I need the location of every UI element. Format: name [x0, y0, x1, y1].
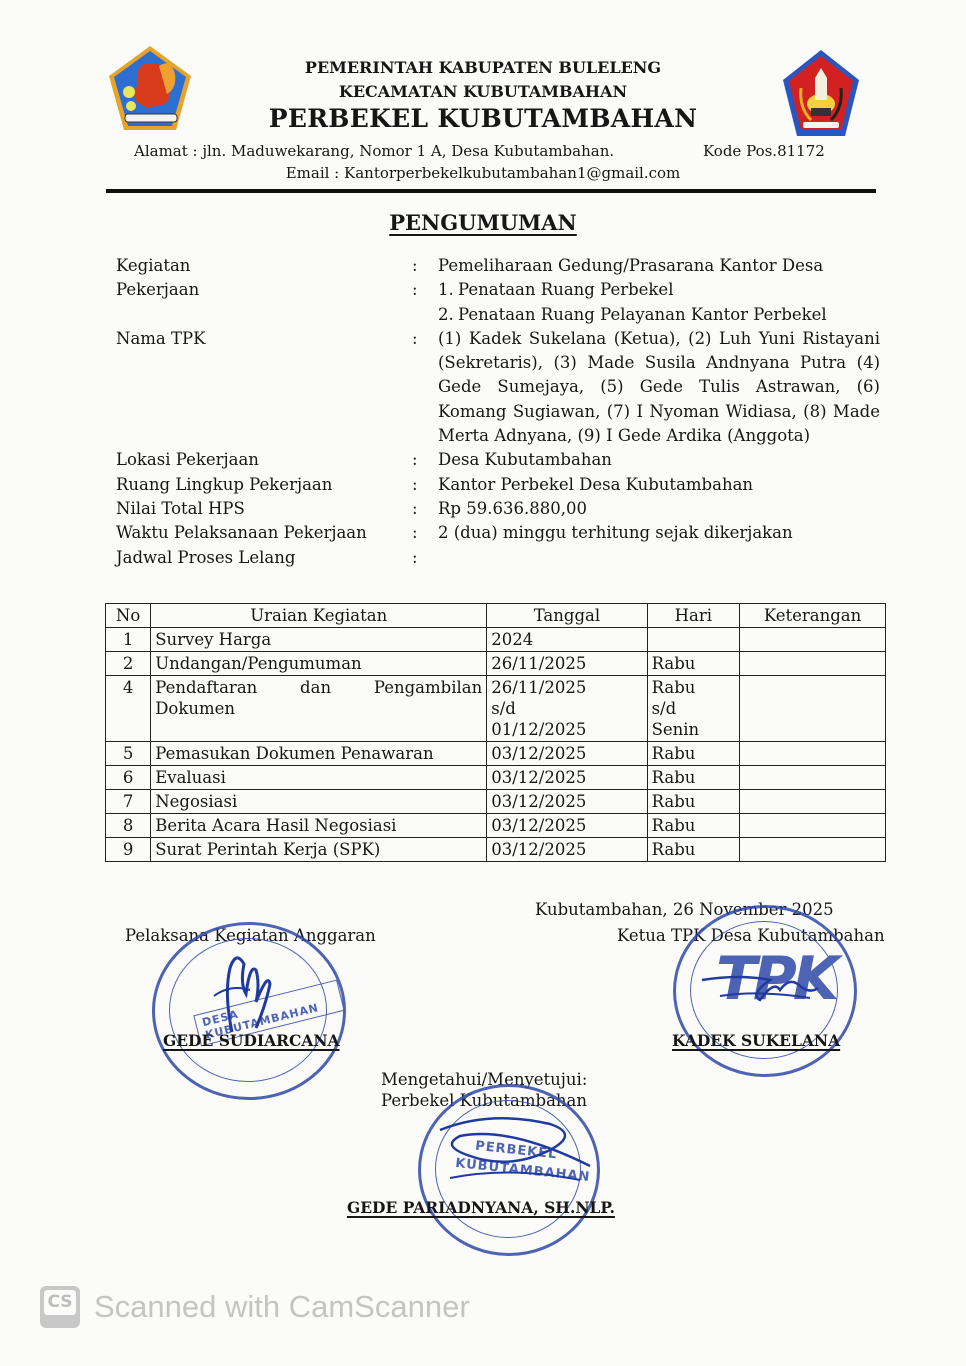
- info-row-ruang-lingkup: Ruang Lingkup Pekerjaan : Kantor Perbeke…: [116, 473, 880, 497]
- cell-uraian: Evaluasi: [151, 766, 487, 790]
- cell-uraian: PendaftarandanPengambilanDokumen: [151, 676, 487, 742]
- tanggal-line: 2024: [491, 629, 642, 650]
- tanggal-line: 01/12/2025: [491, 719, 642, 740]
- info-value: Pemeliharaan Gedung/Prasarana Kantor Des…: [438, 254, 880, 278]
- info-value: Desa Kubutambahan: [438, 448, 880, 472]
- letterhead-email: Email : Kantorperbekelkubutambahan1@gmai…: [0, 164, 966, 182]
- hari-line: Rabu: [652, 839, 735, 860]
- job-item: 1.Penataan Ruang Perbekel: [438, 278, 880, 302]
- info-row-waktu: Waktu Pelaksanaan Pekerjaan : 2 (dua) mi…: [116, 521, 880, 545]
- info-label: Jadwal Proses Lelang: [116, 546, 412, 570]
- cell-hari: Rabu: [647, 766, 739, 790]
- info-value: 1.Penataan Ruang Perbekel 2.Penataan Rua…: [438, 278, 880, 327]
- hari-line: [652, 629, 735, 650]
- job-item: 2.Penataan Ruang Pelayanan Kantor Perbek…: [438, 303, 880, 327]
- cell-tanggal: 2024: [487, 628, 647, 652]
- cell-tanggal: 03/12/2025: [487, 766, 647, 790]
- hari-line: Rabu: [652, 815, 735, 836]
- tanggal-line: 03/12/2025: [491, 815, 642, 836]
- tanggal-line: 03/12/2025: [491, 767, 642, 788]
- info-row-nama-tpk: Nama TPK : (1) Kadek Sukelana (Ketua), (…: [116, 327, 880, 448]
- cell-keterangan: [740, 814, 886, 838]
- cell-no: 7: [106, 790, 151, 814]
- info-label: Nilai Total HPS: [116, 497, 412, 521]
- letterhead-office: PERBEKEL KUBUTAMBAHAN: [0, 104, 966, 133]
- header-tanggal: Tanggal: [487, 604, 647, 628]
- cell-hari: Rabu: [647, 790, 739, 814]
- cell-uraian: Survey Harga: [151, 628, 487, 652]
- cell-tanggal: 03/12/2025: [487, 838, 647, 862]
- cell-hari: Rabus/dSenin: [647, 676, 739, 742]
- hari-line: Rabu: [652, 743, 735, 764]
- info-colon: :: [412, 278, 438, 327]
- table-row: 4PendaftarandanPengambilanDokumen26/11/2…: [106, 676, 886, 742]
- cell-keterangan: [740, 628, 886, 652]
- tanggal-line: 26/11/2025: [491, 653, 642, 674]
- letterhead-address: Alamat : jln. Maduwekarang, Nomor 1 A, D…: [134, 142, 614, 160]
- cell-uraian: Undangan/Pengumuman: [151, 652, 487, 676]
- hari-line: Rabu: [652, 677, 735, 698]
- cell-uraian: Surat Perintah Kerja (SPK): [151, 838, 487, 862]
- table-row: 6Evaluasi03/12/2025Rabu: [106, 766, 886, 790]
- letterhead-government: PEMERINTAH KABUPATEN BULELENG: [0, 58, 966, 77]
- header-no: No: [106, 604, 151, 628]
- cell-tanggal: 03/12/2025: [487, 814, 647, 838]
- cell-tanggal: 03/12/2025: [487, 790, 647, 814]
- job-item-number: 2.: [438, 303, 458, 327]
- header-uraian: Uraian Kegiatan: [151, 604, 487, 628]
- document-title-text: PENGUMUMAN: [389, 210, 577, 235]
- cell-no: 8: [106, 814, 151, 838]
- center-signature-icon: [430, 1110, 600, 1200]
- cell-hari: Rabu: [647, 742, 739, 766]
- table-row: 9Surat Perintah Kerja (SPK)03/12/2025Rab…: [106, 838, 886, 862]
- cell-uraian: Pemasukan Dokumen Penawaran: [151, 742, 487, 766]
- hari-line: s/d: [652, 698, 735, 719]
- info-colon: :: [412, 448, 438, 472]
- camscanner-text: Scanned with CamScanner: [94, 1289, 470, 1325]
- cell-keterangan: [740, 766, 886, 790]
- info-value: Kantor Perbekel Desa Kubutambahan: [438, 473, 880, 497]
- cell-tanggal: 03/12/2025: [487, 742, 647, 766]
- table-row: 2Undangan/Pengumuman26/11/2025Rabu: [106, 652, 886, 676]
- uraian-word: Pendaftaran: [155, 677, 257, 698]
- table-row: 7Negosiasi03/12/2025Rabu: [106, 790, 886, 814]
- info-label: Kegiatan: [116, 254, 412, 278]
- uraian-line: PendaftarandanPengambilan: [155, 677, 482, 698]
- document-title: PENGUMUMAN: [0, 210, 966, 235]
- hari-line: Senin: [652, 719, 735, 740]
- job-item-text: Penataan Ruang Perbekel: [458, 278, 673, 302]
- uraian-word: dan: [300, 677, 331, 698]
- info-value: [438, 546, 880, 570]
- schedule-table: No Uraian Kegiatan Tanggal Hari Keterang…: [105, 603, 886, 862]
- cell-keterangan: [740, 838, 886, 862]
- info-value: (1) Kadek Sukelana (Ketua), (2) Luh Yuni…: [438, 327, 880, 448]
- announcement-details: Kegiatan : Pemeliharaan Gedung/Prasarana…: [116, 254, 880, 570]
- info-row-lokasi: Lokasi Pekerjaan : Desa Kubutambahan: [116, 448, 880, 472]
- cell-keterangan: [740, 742, 886, 766]
- letterhead-divider: [106, 189, 876, 193]
- info-value: 2 (dua) minggu terhitung sejak dikerjaka…: [438, 521, 880, 545]
- cell-no: 1: [106, 628, 151, 652]
- info-label: Ruang Lingkup Pekerjaan: [116, 473, 412, 497]
- info-colon: :: [412, 327, 438, 448]
- job-item-text: Penataan Ruang Pelayanan Kantor Perbekel: [458, 303, 827, 327]
- right-signature-icon: [700, 960, 820, 1020]
- info-colon: :: [412, 473, 438, 497]
- table-row: 1Survey Harga2024: [106, 628, 886, 652]
- cell-uraian: Negosiasi: [151, 790, 487, 814]
- cell-no: 4: [106, 676, 151, 742]
- info-row-pekerjaan: Pekerjaan : 1.Penataan Ruang Perbekel 2.…: [116, 278, 880, 327]
- tanggal-line: 03/12/2025: [491, 791, 642, 812]
- info-colon: :: [412, 497, 438, 521]
- camscanner-watermark: CS Scanned with CamScanner: [40, 1286, 470, 1328]
- header-keterangan: Keterangan: [740, 604, 886, 628]
- cell-uraian: Berita Acara Hasil Negosiasi: [151, 814, 487, 838]
- letterhead-postal-code: Kode Pos.81172: [703, 142, 825, 160]
- cell-tanggal: 26/11/2025: [487, 652, 647, 676]
- cell-hari: Rabu: [647, 838, 739, 862]
- info-colon: :: [412, 546, 438, 570]
- hari-line: Rabu: [652, 767, 735, 788]
- hari-line: Rabu: [652, 791, 735, 812]
- cell-tanggal: 26/11/2025s/d01/12/2025: [487, 676, 647, 742]
- hari-line: Rabu: [652, 653, 735, 674]
- right-signatory-name: KADEK SUKELANA: [672, 1031, 840, 1050]
- cell-keterangan: [740, 790, 886, 814]
- job-item-number: 1.: [438, 278, 458, 302]
- info-label: Lokasi Pekerjaan: [116, 448, 412, 472]
- info-label: Pekerjaan: [116, 278, 412, 327]
- info-row-kegiatan: Kegiatan : Pemeliharaan Gedung/Prasarana…: [116, 254, 880, 278]
- cell-no: 2: [106, 652, 151, 676]
- table-row: 8Berita Acara Hasil Negosiasi03/12/2025R…: [106, 814, 886, 838]
- center-signatory-name: GEDE PARIADNYANA, SH.NLP.: [347, 1198, 615, 1217]
- cell-no: 5: [106, 742, 151, 766]
- uraian-line: Dokumen: [155, 698, 482, 719]
- info-label: Nama TPK: [116, 327, 412, 448]
- cell-hari: [647, 628, 739, 652]
- cell-no: 6: [106, 766, 151, 790]
- info-value: Rp 59.636.880,00: [438, 497, 880, 521]
- left-signature-icon: [210, 944, 280, 1034]
- info-row-jadwal: Jadwal Proses Lelang :: [116, 546, 880, 570]
- info-label: Waktu Pelaksanaan Pekerjaan: [116, 521, 412, 545]
- tanggal-line: 03/12/2025: [491, 743, 642, 764]
- info-row-nilai-hps: Nilai Total HPS : Rp 59.636.880,00: [116, 497, 880, 521]
- left-signatory-name: GEDE SUDIARCANA: [163, 1031, 340, 1050]
- tanggal-line: 03/12/2025: [491, 839, 642, 860]
- header-hari: Hari: [647, 604, 739, 628]
- table-header-row: No Uraian Kegiatan Tanggal Hari Keterang…: [106, 604, 886, 628]
- cell-hari: Rabu: [647, 814, 739, 838]
- tanggal-line: s/d: [491, 698, 642, 719]
- info-colon: :: [412, 521, 438, 545]
- tanggal-line: 26/11/2025: [491, 677, 642, 698]
- letterhead-district: KECAMATAN KUBUTAMBAHAN: [0, 82, 966, 101]
- table-row: 5Pemasukan Dokumen Penawaran03/12/2025Ra…: [106, 742, 886, 766]
- camscanner-logo-text: CS: [44, 1290, 76, 1315]
- info-colon: :: [412, 254, 438, 278]
- cell-keterangan: [740, 676, 886, 742]
- cell-keterangan: [740, 652, 886, 676]
- camscanner-logo-icon: CS: [40, 1286, 80, 1328]
- cell-hari: Rabu: [647, 652, 739, 676]
- cell-no: 9: [106, 838, 151, 862]
- uraian-word: Pengambilan: [374, 677, 482, 698]
